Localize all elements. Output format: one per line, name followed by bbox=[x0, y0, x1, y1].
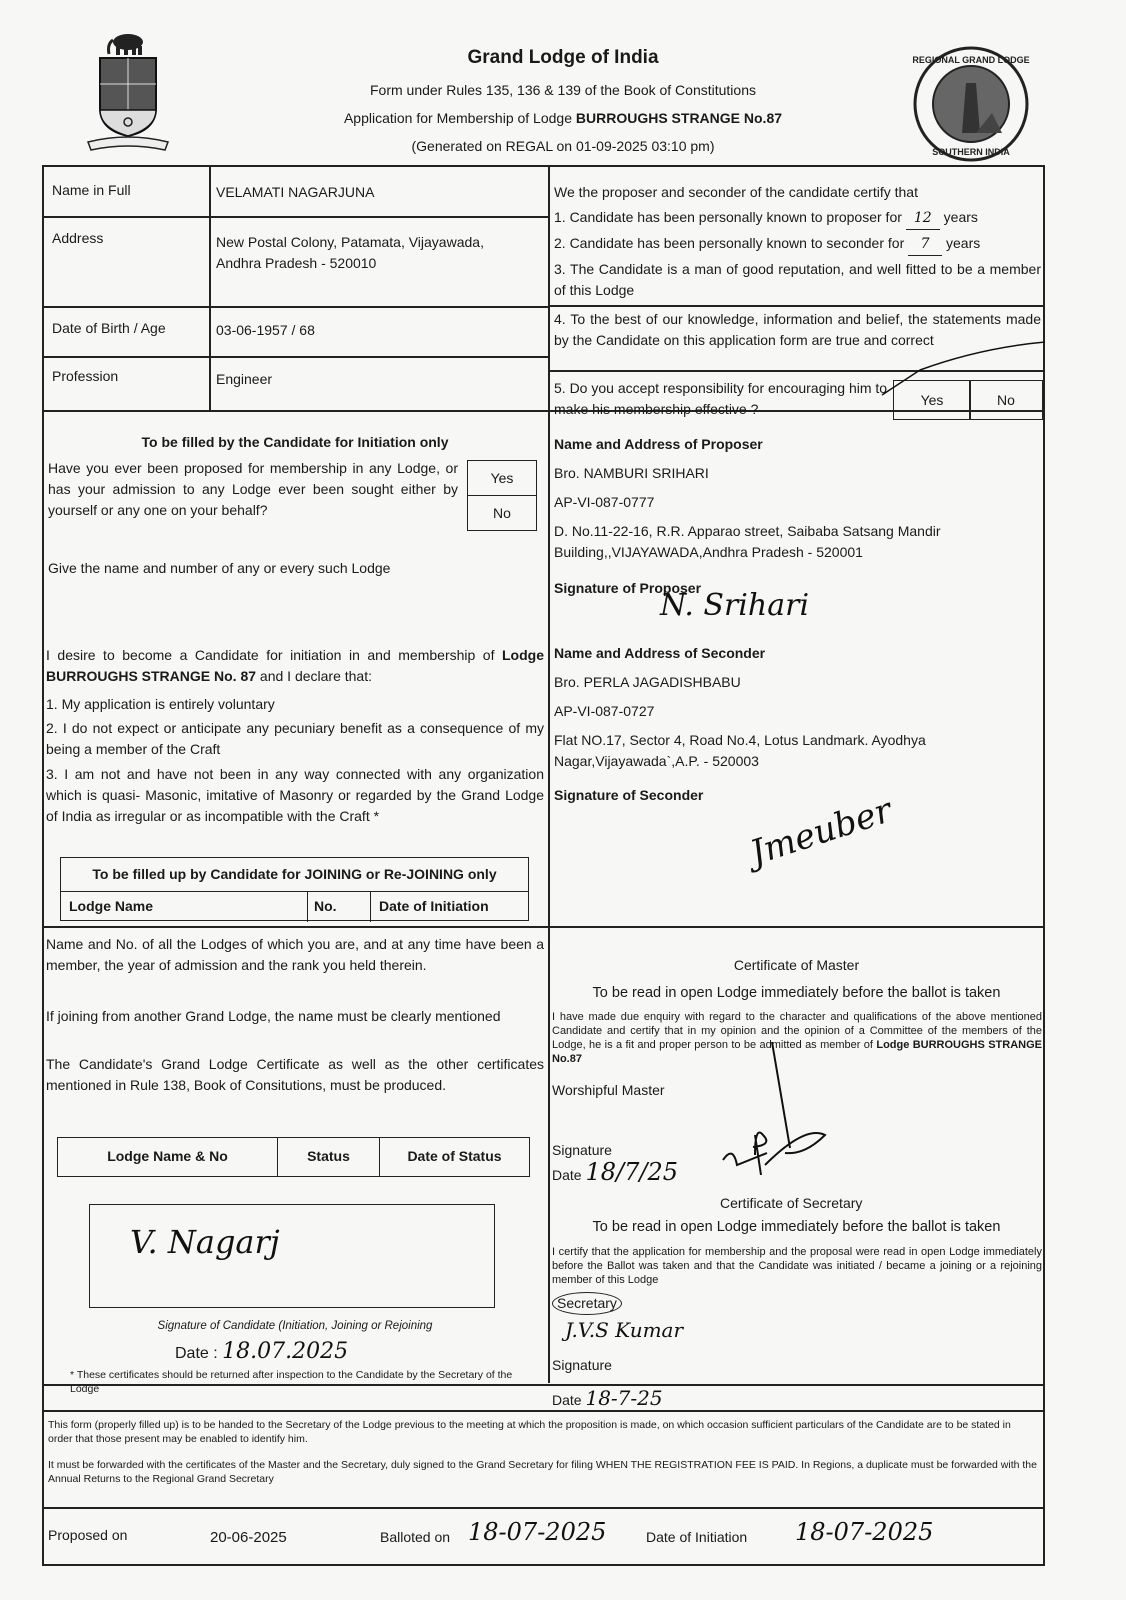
give-lodge-name-label: Give the name and number of any or every… bbox=[48, 558, 390, 579]
application-prefix: Application for Membership of Lodge bbox=[344, 110, 576, 126]
proposer-name: Bro. NAMBURI SRIHARI bbox=[554, 463, 709, 484]
yes-label: Yes bbox=[491, 470, 514, 486]
seconder-address-line1: Flat NO.17, Sector 4, Road No.4, Lotus L… bbox=[554, 730, 926, 751]
regional-seal-icon: REGIONAL GRAND LODGE SOUTHERN INDIA bbox=[912, 45, 1030, 163]
lodge-name: BURROUGHS STRANGE No.87 bbox=[576, 110, 782, 126]
seconder-name: Bro. PERLA JAGADISHBABU bbox=[554, 672, 741, 693]
address-label: Address bbox=[52, 228, 103, 249]
initiation-heading: To be filled by the Candidate for Initia… bbox=[42, 432, 548, 453]
footer-note-1: This form (properly filled up) is to be … bbox=[48, 1418, 1038, 1446]
footer-note-2: It must be forwarded with the certificat… bbox=[48, 1458, 1038, 1486]
item1-text: 1. Candidate has been personally known t… bbox=[554, 209, 902, 225]
secretary-cert-subheading: To be read in open Lodge immediately bef… bbox=[548, 1219, 1045, 1235]
proposed-on-value: 20-06-2025 bbox=[210, 1527, 287, 1548]
proposer-signature: N. Srihari bbox=[660, 588, 809, 623]
secretary-date-value: 18-7-25 bbox=[585, 1386, 662, 1410]
joining-table-header: Lodge Name No. Date of Initiation bbox=[61, 892, 528, 922]
certify-item2: 2. Candidate has been personally known t… bbox=[554, 233, 980, 256]
balloted-on-label: Balloted on bbox=[380, 1527, 450, 1548]
master-date: Date 18/7/25 bbox=[552, 1162, 678, 1186]
master-signature-stroke bbox=[770, 1040, 800, 1150]
declaration-1: 1. My application is entirely voluntary bbox=[46, 694, 275, 715]
seconder-address-line2: Nagar,Vijayawada`,A.P. - 520003 bbox=[554, 751, 759, 772]
candidate-date-value: 18.07.2025 bbox=[222, 1339, 348, 1364]
profession-value: Engineer bbox=[216, 369, 272, 390]
address-line1: New Postal Colony, Patamata, Vijayawada, bbox=[216, 232, 484, 253]
proposer-address-line2: Building,,VIJAYAWADA,Andhra Pradesh - 52… bbox=[554, 542, 863, 563]
yes-tick-mark bbox=[880, 340, 1050, 400]
master-cert-heading: Certificate of Master bbox=[548, 955, 1045, 976]
name-value: VELAMATI NAGARJUNA bbox=[216, 182, 374, 203]
col-status: Status bbox=[278, 1138, 380, 1176]
joining-table-heading: To be filled up by Candidate for JOINING… bbox=[61, 858, 528, 892]
declaration-intro: I desire to become a Candidate for initi… bbox=[46, 645, 544, 687]
seconder-id: AP-VI-087-0727 bbox=[554, 701, 654, 722]
secretary-date: Date 18-7-25 bbox=[552, 1388, 663, 1411]
proposer-heading: Name and Address of Proposer bbox=[554, 434, 763, 455]
col-lodge-name: Lodge Name bbox=[61, 892, 308, 922]
membership-para1: Name and No. of all the Lodges of which … bbox=[46, 934, 544, 976]
svg-text:SOUTHERN INDIA: SOUTHERN INDIA bbox=[932, 147, 1010, 157]
proposer-id: AP-VI-087-0777 bbox=[554, 492, 654, 513]
candidate-signature-box[interactable]: V. Nagarj bbox=[89, 1204, 495, 1308]
proposed-on-label: Proposed on bbox=[48, 1525, 127, 1546]
name-label: Name in Full bbox=[52, 180, 131, 201]
seconder-years-field[interactable]: 7 bbox=[908, 234, 942, 256]
certify-item1: 1. Candidate has been personally known t… bbox=[554, 207, 978, 230]
proposer-address-line1: D. No.11-22-16, R.R. Apparao street, Sai… bbox=[554, 521, 941, 542]
col-lodge-name-no: Lodge Name & No bbox=[58, 1138, 278, 1176]
worshipful-master-label: Worshipful Master bbox=[552, 1080, 665, 1101]
candidate-date-label: Date : bbox=[175, 1345, 218, 1362]
secretary-date-label: Date bbox=[552, 1392, 582, 1408]
declaration-2: 2. I do not expect or anticipate any pec… bbox=[46, 718, 544, 760]
no-label: No bbox=[493, 505, 511, 521]
item2-suffix: years bbox=[946, 235, 980, 251]
proposed-before-no-box[interactable]: No bbox=[467, 495, 537, 531]
initiation-question: Have you ever been proposed for membersh… bbox=[48, 458, 458, 521]
candidate-signature-label: Signature of Candidate (Initiation, Join… bbox=[42, 1320, 548, 1332]
proposer-years-field[interactable]: 12 bbox=[906, 208, 940, 230]
item2-text: 2. Candidate has been personally known t… bbox=[554, 235, 904, 251]
declare-suffix: and I declare that: bbox=[256, 668, 372, 684]
col-no: No. bbox=[308, 892, 371, 922]
col-date-of-initiation: Date of Initiation bbox=[371, 892, 528, 922]
membership-para2: If joining from another Grand Lodge, the… bbox=[46, 1006, 544, 1027]
date-of-initiation-value: 18-07-2025 bbox=[795, 1518, 933, 1546]
certificates-footnote: * These certificates should be returned … bbox=[70, 1368, 530, 1396]
declare-prefix: I desire to become a Candidate for initi… bbox=[46, 647, 502, 663]
profession-label: Profession bbox=[52, 366, 118, 387]
proposed-before-yes-box[interactable]: Yes bbox=[467, 460, 537, 496]
master-date-label: Date bbox=[552, 1167, 582, 1183]
master-date-value: 18/7/25 bbox=[585, 1158, 678, 1186]
seconder-heading: Name and Address of Seconder bbox=[554, 643, 765, 664]
certify-item3: 3. The Candidate is a man of good reputa… bbox=[554, 259, 1041, 301]
lodge-status-table: Lodge Name & No Status Date of Status bbox=[57, 1137, 530, 1177]
seconder-signature: Jmeuber bbox=[745, 790, 896, 873]
seconder-signature-label: Signature of Seconder bbox=[554, 785, 703, 806]
master-cert-subheading: To be read in open Lodge immediately bef… bbox=[548, 985, 1045, 1001]
candidate-signature: V. Nagarj bbox=[130, 1223, 280, 1261]
dob-label: Date of Birth / Age bbox=[52, 318, 166, 339]
svg-text:REGIONAL GRAND LODGE: REGIONAL GRAND LODGE bbox=[912, 55, 1029, 65]
secretary-label: Secretary bbox=[552, 1292, 622, 1315]
date-of-initiation-label: Date of Initiation bbox=[646, 1527, 747, 1548]
secretary-cert-heading: Certificate of Secretary bbox=[720, 1193, 862, 1214]
address-line2: Andhra Pradesh - 520010 bbox=[216, 253, 376, 274]
certify-intro: We the proposer and seconder of the cand… bbox=[554, 182, 918, 203]
balloted-on-value: 18-07-2025 bbox=[468, 1518, 606, 1546]
certify-item5: 5. Do you accept responsibility for enco… bbox=[554, 378, 894, 420]
col-date-of-status: Date of Status bbox=[380, 1138, 529, 1176]
declaration-3: 3. I am not and have not been in any way… bbox=[46, 764, 544, 827]
secretary-signature-label: Signature bbox=[552, 1355, 612, 1376]
secretary-signature: J.V.S Kumar bbox=[565, 1318, 683, 1342]
membership-para3: The Candidate's Grand Lodge Certificate … bbox=[46, 1054, 544, 1096]
dob-value: 03-06-1957 / 68 bbox=[216, 320, 315, 341]
secretary-cert-body: I certify that the application for membe… bbox=[552, 1245, 1042, 1287]
joining-table: To be filled up by Candidate for JOINING… bbox=[60, 857, 529, 921]
candidate-date: Date : 18.07.2025 bbox=[175, 1339, 348, 1364]
item1-suffix: years bbox=[944, 209, 978, 225]
